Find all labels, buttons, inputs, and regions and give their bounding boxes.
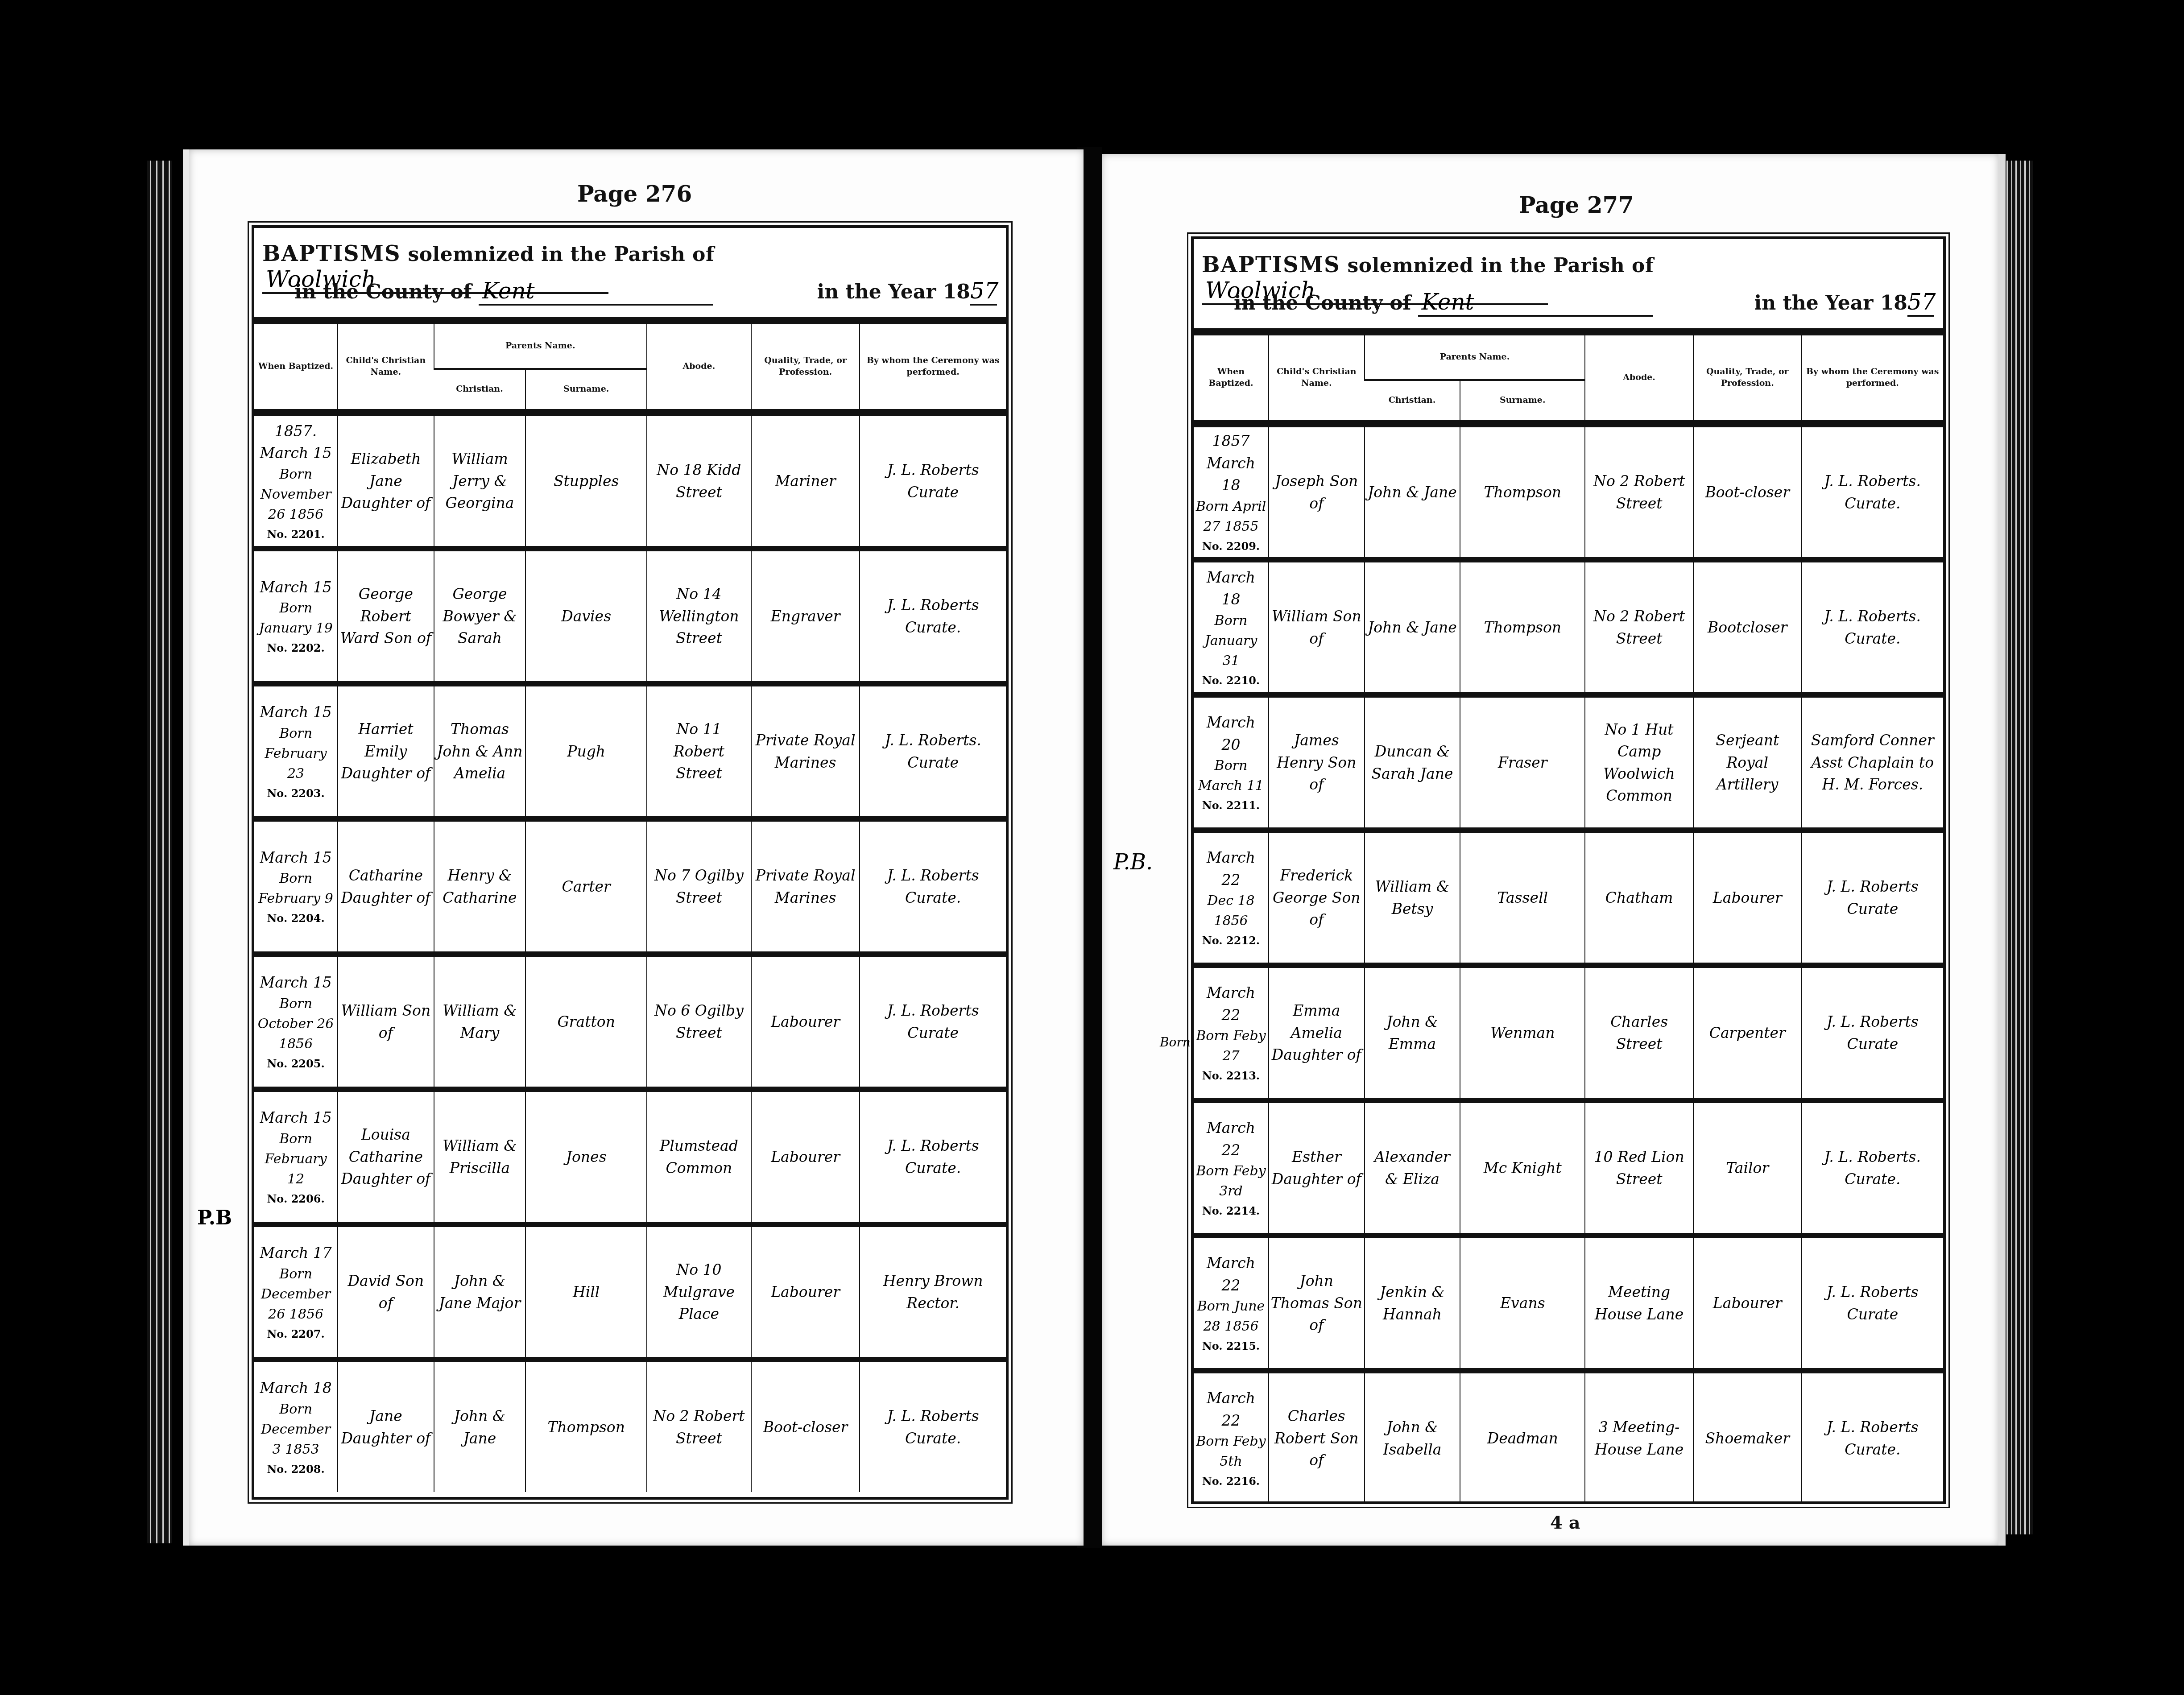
margin-born-note: Born [1160, 1035, 1191, 1050]
table-row: March 22 Born Feby 27 No. 2213. Emma Ame… [1194, 965, 1943, 1100]
cell-parents-christian: John & Jane Major [434, 1224, 526, 1360]
entries-body: 1857 March 18 Born April 27 1855 No. 220… [1194, 424, 1943, 1503]
cell-parents-christian: John & Jane [434, 1360, 526, 1492]
entry-baptism-date: March 22 [1195, 982, 1267, 1026]
entry-birth-date: Born March 11 [1195, 756, 1267, 796]
entry-birth-date: Born January 19 [256, 598, 336, 638]
entry-baptism-date: March 20 [1195, 711, 1267, 756]
cell-when-baptized: March 15 Born January 19 No. 2202. [254, 549, 338, 684]
page-number: Page 276 [577, 181, 692, 207]
cell-officiant: J. L. Roberts Curate [860, 413, 1006, 549]
cell-abode: Plumstead Common [647, 1089, 751, 1224]
entry-birth-date: Born October 26 1856 [256, 994, 336, 1054]
cell-parents-surname: Thompson [1460, 560, 1585, 695]
cell-abode: No 6 Ogilby Street [647, 954, 751, 1089]
register-heading: BAPTISMS solemnized in the Parish of Woo… [1194, 239, 1943, 335]
entry-number: No. 2203. [256, 785, 336, 802]
entries-table: When Baptized. Child's Christian Name. P… [254, 324, 1006, 1492]
cell-parents-christian: John & Jane [1365, 560, 1460, 695]
entry-baptism-date: March 15 [256, 442, 336, 464]
table-row: March 17 Born December 26 1856 No. 2207.… [254, 1224, 1006, 1360]
table-row: March 15 Born February 9 No. 2204. Catha… [254, 819, 1006, 954]
entry-number: No. 2209. [1195, 538, 1267, 554]
cell-abode: Meeting House Lane [1585, 1236, 1693, 1371]
col-quality: Quality, Trade, or Profession. [1693, 335, 1802, 424]
register-page-left: Page 276 P.B BAPTISMS solemnized in the … [183, 149, 1084, 1546]
entry-year: 1857 [1195, 430, 1267, 452]
col-parents-surname: Surname. [525, 369, 646, 413]
cell-parents-surname: Wenman [1460, 965, 1585, 1100]
cell-quality: Serjeant Royal Artillery [1693, 695, 1802, 830]
cell-when-baptized: March 22 Born Feby 3rd No. 2214. [1194, 1100, 1269, 1236]
cell-abode: Charles Street [1585, 965, 1693, 1100]
entry-birth-date: Born February 12 [256, 1129, 336, 1189]
baptism-register-table: BAPTISMS solemnized in the Parish of Woo… [1191, 236, 1946, 1504]
cell-when-baptized: March 15 Born October 26 1856 No. 2205. [254, 954, 338, 1089]
entry-baptism-date: March 15 [256, 701, 336, 723]
cell-parents-surname: Stupples [525, 413, 646, 549]
table-row: March 22 Born June 28 1856 No. 2215. Joh… [1194, 1236, 1943, 1371]
cell-parents-christian: George Bowyer & Sarah [434, 549, 526, 684]
margin-note: P.B. [1113, 850, 1153, 875]
heading-year-label: in the Year 18 [817, 281, 970, 303]
entry-number: No. 2214. [1195, 1203, 1267, 1219]
register-heading: BAPTISMS solemnized in the Parish of Woo… [254, 228, 1006, 324]
table-row: March 15 Born February 23 No. 2203. Harr… [254, 684, 1006, 819]
cell-parents-surname: Jones [525, 1089, 646, 1224]
cell-quality: Carpenter [1693, 965, 1802, 1100]
cell-quality: Labourer [1693, 830, 1802, 965]
entry-birth-date: Born Feby 3rd [1195, 1161, 1267, 1201]
entry-number: No. 2207. [256, 1326, 336, 1342]
entry-birth-date: Born December 3 1853 [256, 1399, 336, 1459]
register-page-right: Page 277 P.B. Born BAPTISMS solemnized i… [1102, 154, 2006, 1546]
entry-baptism-date: March 15 [256, 1107, 336, 1129]
cell-quality: Labourer [751, 1224, 860, 1360]
heading-baptisms: BAPTISMS [262, 241, 401, 266]
entry-baptism-date: March 22 [1195, 1117, 1267, 1161]
cell-abode: No 11 Robert Street [647, 684, 751, 819]
entry-number: No. 2204. [256, 910, 336, 926]
col-officiant: By whom the Ceremony was performed. [1802, 335, 1943, 424]
cell-parents-christian: William & Betsy [1365, 830, 1460, 965]
cell-officiant: J. L. Roberts. Curate. [1802, 1100, 1943, 1236]
cell-abode: Chatham [1585, 830, 1693, 965]
entry-birth-date: Born Feby 27 [1195, 1026, 1267, 1066]
cell-quality: Bootcloser [1693, 560, 1802, 695]
cell-abode: No 7 Ogilby Street [647, 819, 751, 954]
cell-child-name: Frederick George Son of [1269, 830, 1365, 965]
year-field: 57 [970, 278, 997, 306]
col-officiant: By whom the Ceremony was performed. [860, 324, 1006, 413]
heading-baptisms: BAPTISMS [1202, 252, 1340, 277]
entry-number: No. 2215. [1195, 1338, 1267, 1354]
cell-when-baptized: March 18 Born December 3 1853 No. 2208. [254, 1360, 338, 1492]
cell-child-name: Elizabeth Jane Daughter of [338, 413, 434, 549]
cell-officiant: J. L. Roberts Curate. [860, 1360, 1006, 1492]
cell-when-baptized: March 20 Born March 11 No. 2211. [1194, 695, 1269, 830]
entry-baptism-date: March 22 [1195, 847, 1267, 891]
cell-child-name: Jane Daughter of [338, 1360, 434, 1492]
cell-abode: No 2 Robert Street [1585, 424, 1693, 560]
table-row: March 15 Born January 19 No. 2202. Georg… [254, 549, 1006, 684]
col-when-baptized: When Baptized. [254, 324, 338, 413]
table-row: March 18 Born December 3 1853 No. 2208. … [254, 1360, 1006, 1492]
cell-parents-christian: William & Mary [434, 954, 526, 1089]
cell-parents-surname: Mc Knight [1460, 1100, 1585, 1236]
col-parents-surname: Surname. [1460, 380, 1585, 424]
county-field: Kent [1418, 289, 1653, 317]
cell-parents-surname: Gratton [525, 954, 646, 1089]
cell-abode: No 14 Wellington Street [647, 549, 751, 684]
entry-birth-date: Born February 9 [256, 868, 336, 909]
cell-quality: Mariner [751, 413, 860, 549]
cell-child-name: James Henry Son of [1269, 695, 1365, 830]
col-child-name: Child's Christian Name. [1269, 335, 1365, 424]
entry-birth-date: Born December 26 1856 [256, 1264, 336, 1324]
cell-officiant: J. L. Roberts Curate. [860, 549, 1006, 684]
cell-abode: 10 Red Lion Street [1585, 1100, 1693, 1236]
book-page-edges-right [2006, 161, 2033, 1534]
cell-parents-christian: John & Emma [1365, 965, 1460, 1100]
cell-parents-surname: Deadman [1460, 1371, 1585, 1503]
entry-birth-date: Dec 18 1856 [1195, 891, 1267, 931]
col-parents-christian: Christian. [434, 369, 526, 413]
entry-number: No. 2206. [256, 1191, 336, 1207]
signature-mark: 4 a [1550, 1512, 1580, 1533]
cell-parents-christian: William & Priscilla [434, 1089, 526, 1224]
table-row: March 20 Born March 11 No. 2211. James H… [1194, 695, 1943, 830]
cell-officiant: Henry Brown Rector. [860, 1224, 1006, 1360]
table-row: 1857. March 15 Born November 26 1856 No.… [254, 413, 1006, 549]
entries-body: 1857. March 15 Born November 26 1856 No.… [254, 413, 1006, 1492]
cell-parents-surname: Davies [525, 549, 646, 684]
entries-table: When Baptized. Child's Christian Name. P… [1194, 335, 1943, 1503]
cell-parents-surname: Carter [525, 819, 646, 954]
entry-birth-date: Born January 31 [1195, 611, 1267, 671]
cell-parents-christian: John & Isabella [1365, 1371, 1460, 1503]
cell-officiant: J. L. Roberts Curate [1802, 830, 1943, 965]
cell-quality: Private Royal Marines [751, 819, 860, 954]
baptism-register-table: BAPTISMS solemnized in the Parish of Woo… [252, 225, 1009, 1500]
entry-birth-date: Born November 26 1856 [256, 464, 336, 525]
col-parents-christian: Christian. [1365, 380, 1460, 424]
margin-note: P.B [197, 1207, 232, 1229]
cell-child-name: Emma Amelia Daughter of [1269, 965, 1365, 1100]
entry-birth-date: Born February 23 [256, 723, 336, 784]
cell-abode: 3 Meeting-House Lane [1585, 1371, 1693, 1503]
cell-child-name: Catharine Daughter of [338, 819, 434, 954]
entry-number: No. 2205. [256, 1056, 336, 1072]
entry-birth-date: Born Feby 5th [1195, 1431, 1267, 1472]
table-row: March 22 Born Feby 3rd No. 2214. Esther … [1194, 1100, 1943, 1236]
entry-year: 1857. [256, 420, 336, 442]
cell-when-baptized: March 22 Born June 28 1856 No. 2215. [1194, 1236, 1269, 1371]
cell-child-name: Louisa Catharine Daughter of [338, 1089, 434, 1224]
col-when-baptized: When Baptized. [1194, 335, 1269, 424]
cell-child-name: Charles Robert Son of [1269, 1371, 1365, 1503]
cell-child-name: Esther Daughter of [1269, 1100, 1365, 1236]
cell-parents-surname: Fraser [1460, 695, 1585, 830]
cell-when-baptized: March 18 Born January 31 No. 2210. [1194, 560, 1269, 695]
cell-parents-surname: Pugh [525, 684, 646, 819]
cell-officiant: J. L. Roberts. Curate. [1802, 560, 1943, 695]
cell-quality: Boot-closer [1693, 424, 1802, 560]
col-quality: Quality, Trade, or Profession. [751, 324, 860, 413]
cell-abode: No 2 Robert Street [1585, 560, 1693, 695]
cell-when-baptized: March 22 Born Feby 5th No. 2216. [1194, 1371, 1269, 1503]
cell-when-baptized: March 17 Born December 26 1856 No. 2207. [254, 1224, 338, 1360]
cell-when-baptized: 1857. March 15 Born November 26 1856 No.… [254, 413, 338, 549]
cell-parents-surname: Hill [525, 1224, 646, 1360]
cell-when-baptized: March 15 Born February 9 No. 2204. [254, 819, 338, 954]
entry-number: No. 2211. [1195, 798, 1267, 814]
table-row: March 15 Born February 12 No. 2206. Loui… [254, 1089, 1006, 1224]
entry-birth-date: Born April 27 1855 [1195, 496, 1267, 537]
cell-officiant: J. L. Roberts. Curate. [1802, 424, 1943, 560]
cell-abode: No 2 Robert Street [647, 1360, 751, 1492]
table-row: March 22 Born Feby 5th No. 2216. Charles… [1194, 1371, 1943, 1503]
cell-parents-christian: William Jerry & Georgina [434, 413, 526, 549]
entry-baptism-date: March 15 [256, 847, 336, 869]
county-field: Kent [479, 278, 713, 306]
cell-child-name: John Thomas Son of [1269, 1236, 1365, 1371]
cell-quality: Tailor [1693, 1100, 1802, 1236]
cell-quality: Shoemaker [1693, 1371, 1802, 1503]
cell-quality: Engraver [751, 549, 860, 684]
cell-officiant: J. L. Roberts Curate. [860, 1089, 1006, 1224]
cell-officiant: J. L. Roberts Curate [1802, 1236, 1943, 1371]
cell-parents-surname: Thompson [525, 1360, 646, 1492]
cell-when-baptized: March 15 Born February 12 No. 2206. [254, 1089, 338, 1224]
table-row: 1857 March 18 Born April 27 1855 No. 220… [1194, 424, 1943, 560]
table-row: March 15 Born October 26 1856 No. 2205. … [254, 954, 1006, 1089]
cell-officiant: J. L. Roberts Curate [1802, 965, 1943, 1100]
entry-number: No. 2202. [256, 640, 336, 656]
cell-child-name: Harriet Emily Daughter of [338, 684, 434, 819]
cell-child-name: Joseph Son of [1269, 424, 1365, 560]
entry-number: No. 2212. [1195, 933, 1267, 949]
cell-quality: Private Royal Marines [751, 684, 860, 819]
cell-quality: Boot-closer [751, 1360, 860, 1492]
heading-parish-label: solemnized in the Parish of [1347, 254, 1654, 277]
cell-when-baptized: March 22 Dec 18 1856 No. 2212. [1194, 830, 1269, 965]
heading-parish-label: solemnized in the Parish of [408, 243, 714, 266]
entry-number: No. 2208. [256, 1461, 336, 1477]
cell-officiant: J. L. Roberts Curate [860, 954, 1006, 1089]
entry-number: No. 2201. [256, 526, 336, 542]
col-parents-name: Parents Name. [434, 324, 647, 369]
entry-baptism-date: March 17 [256, 1242, 336, 1264]
heading-year-label: in the Year 18 [1754, 292, 1907, 314]
cell-when-baptized: March 15 Born February 23 No. 2203. [254, 684, 338, 819]
entry-number: No. 2210. [1195, 673, 1267, 689]
cell-officiant: Samford Conner Asst Chaplain to H. M. Fo… [1802, 695, 1943, 830]
cell-child-name: George Robert Ward Son of [338, 549, 434, 684]
cell-parents-christian: John & Jane [1365, 424, 1460, 560]
cell-parents-surname: Tassell [1460, 830, 1585, 965]
entry-number: No. 2213. [1195, 1068, 1267, 1084]
entry-baptism-date: March 15 [256, 972, 336, 994]
cell-officiant: J. L. Roberts Curate. [1802, 1371, 1943, 1503]
table-row: March 22 Dec 18 1856 No. 2212. Frederick… [1194, 830, 1943, 965]
cell-quality: Labourer [751, 1089, 860, 1224]
cell-child-name: David Son of [338, 1224, 434, 1360]
cell-quality: Labourer [751, 954, 860, 1089]
entry-baptism-date: March 18 [1195, 452, 1267, 496]
table-row: March 18 Born January 31 No. 2210. Willi… [1194, 560, 1943, 695]
book-page-edges-left [147, 161, 172, 1543]
year-field: 57 [1907, 289, 1934, 317]
col-child-name: Child's Christian Name. [338, 324, 434, 413]
cell-parents-christian: Alexander & Eliza [1365, 1100, 1460, 1236]
cell-parents-christian: Jenkin & Hannah [1365, 1236, 1460, 1371]
cell-abode: No 10 Mulgrave Place [647, 1224, 751, 1360]
entry-number: No. 2216. [1195, 1473, 1267, 1489]
cell-child-name: William Son of [338, 954, 434, 1089]
heading-county-label: in the County of [1234, 292, 1411, 314]
cell-officiant: J. L. Roberts. Curate [860, 684, 1006, 819]
cell-quality: Labourer [1693, 1236, 1802, 1371]
cell-child-name: William Son of [1269, 560, 1365, 695]
cell-when-baptized: 1857 March 18 Born April 27 1855 No. 220… [1194, 424, 1269, 560]
col-abode: Abode. [1585, 335, 1693, 424]
entry-baptism-date: March 22 [1195, 1252, 1267, 1296]
entry-baptism-date: March 18 [256, 1377, 336, 1399]
cell-when-baptized: March 22 Born Feby 27 No. 2213. [1194, 965, 1269, 1100]
cell-parents-christian: Henry & Catharine [434, 819, 526, 954]
page-number: Page 277 [1519, 192, 1634, 218]
cell-parents-surname: Thompson [1460, 424, 1585, 560]
cell-abode: No 18 Kidd Street [647, 413, 751, 549]
entry-baptism-date: March 22 [1195, 1387, 1267, 1431]
col-abode: Abode. [647, 324, 751, 413]
cell-officiant: J. L. Roberts Curate. [860, 819, 1006, 954]
cell-parents-surname: Evans [1460, 1236, 1585, 1371]
cell-parents-christian: Duncan & Sarah Jane [1365, 695, 1460, 830]
col-parents-name: Parents Name. [1365, 335, 1585, 380]
entry-baptism-date: March 15 [256, 576, 336, 599]
cell-abode: No 1 Hut Camp Woolwich Common [1585, 695, 1693, 830]
entry-baptism-date: March 18 [1195, 566, 1267, 611]
heading-county-label: in the County of [294, 281, 472, 303]
entry-birth-date: Born June 28 1856 [1195, 1296, 1267, 1336]
cell-parents-christian: Thomas John & Ann Amelia [434, 684, 526, 819]
